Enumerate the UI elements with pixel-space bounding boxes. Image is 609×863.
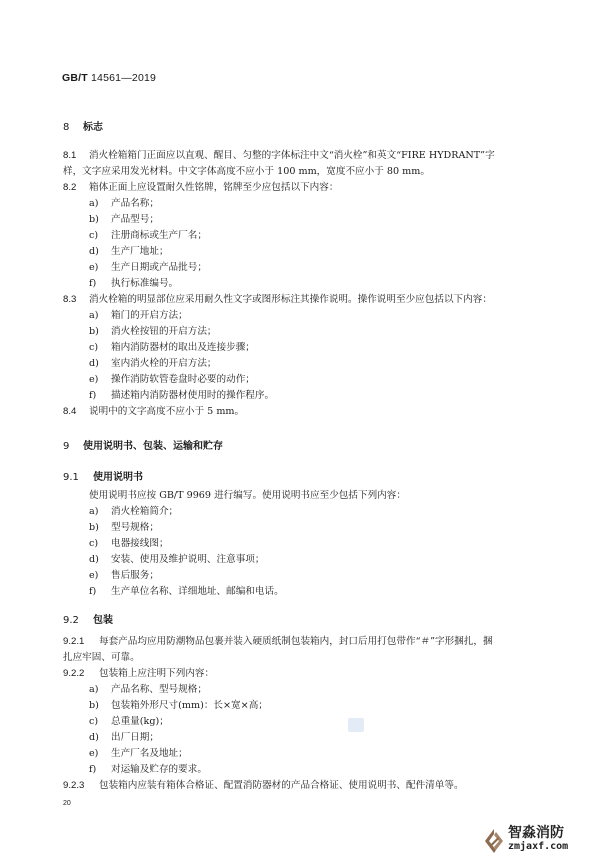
section-title: 使用说明书 <box>93 472 143 483</box>
list-item: d)室内消火栓的开启方法； <box>89 358 217 370</box>
list-item: a)箱门的开启方法； <box>89 310 188 322</box>
section-title: 使用说明书、包装、运输和贮存 <box>83 441 223 452</box>
list-item: b)型号规格； <box>89 522 159 534</box>
list-item: b)消火栓按钮的开启方法； <box>89 326 217 338</box>
list-item: d)安装、使用及维护说明、注意事项； <box>89 554 265 566</box>
brand-url: zmjaxf.com <box>508 841 568 852</box>
brand-mark-icon <box>483 828 505 854</box>
list-item: e)售后服务； <box>89 570 159 582</box>
list-item: c)电器接线图； <box>89 538 169 550</box>
section-9-1-heading: 9.1使用说明书 <box>63 468 143 483</box>
faint-watermark-badge <box>348 718 364 732</box>
page-number: 20 <box>63 800 71 807</box>
clause-9-2-2: 9.2.2包装箱上应注明下列内容： <box>63 668 214 680</box>
clause-9-2-1: 9.2.1每套产品均应用防潮物品包裹并装入硬质纸制包装箱内，封口后用打包带作“＃… <box>63 636 493 648</box>
list-item: e)操作消防软管卷盘时必要的动作； <box>89 374 255 386</box>
clause-8-1-cont: 样，文字应采用发光材料。中文字体高度不应小于 100 mm，宽度不应小于 80 … <box>63 166 430 178</box>
section-9-2-heading: 9.2包装 <box>63 611 113 626</box>
list-item: e)生产厂名及地址； <box>89 748 188 760</box>
list-item: f)对运输及贮存的要求。 <box>89 764 207 776</box>
standard-header: GB/T 14561—2019 <box>62 72 156 84</box>
clause-8-3: 8.3消火栓箱的明显部位应采用耐久性文字或图形标注其操作说明。操作说明至少应包括… <box>63 294 492 306</box>
brand-name: 智淼消防 <box>508 822 564 842</box>
standard-number: 14561—2019 <box>91 72 156 84</box>
list-item: c)注册商标或生产厂名； <box>89 230 207 242</box>
clause-8-2: 8.2箱体正面上应设置耐久性铭牌，铭牌至少应包括以下内容： <box>63 182 338 194</box>
brand-logo: 智淼消防 zmjaxf.com <box>483 822 593 856</box>
list-item: d)生产厂地址； <box>89 246 169 258</box>
list-item: a)产品名称； <box>89 198 159 210</box>
list-item: a)消火栓箱简介； <box>89 506 178 518</box>
list-item: b)产品型号； <box>89 214 159 226</box>
clause-8-4: 8.4说明中的文字高度不应小于 5 mm。 <box>63 406 244 418</box>
standard-prefix: GB/T <box>62 72 88 84</box>
list-item: d)出厂日期； <box>89 732 159 744</box>
list-item: b)包装箱外形尺寸(mm)：长×宽×高； <box>89 700 268 712</box>
list-item: f)执行标准编号。 <box>89 278 178 290</box>
section-9-heading: 9使用说明书、包装、运输和贮存 <box>63 437 223 452</box>
clause-9-2-1-cont: 扎应牢固、可靠。 <box>63 652 140 664</box>
clause-9-1-text: 使用说明书应按 GB/T 9969 进行编写。使用说明书应至少包括下列内容： <box>89 490 406 502</box>
clause-8-1: 8.1消火栓箱箱门正面应以直观、醒目、匀整的字体标注中文“消火栓”和英文“FIR… <box>63 150 495 162</box>
list-item: c)总重量(kg)； <box>89 716 169 728</box>
list-item: e)生产日期或产品批号； <box>89 262 207 274</box>
section-title: 标志 <box>83 122 103 133</box>
list-item: a)产品名称、型号规格； <box>89 684 207 696</box>
list-item: f)生产单位名称、详细地址、邮编和电话。 <box>89 586 284 598</box>
list-item: f)描述箱内消防器材使用时的操作程序。 <box>89 390 274 402</box>
section-8-heading: 8标志 <box>63 118 103 133</box>
list-item: c)箱内消防器材的取出及连接步骤； <box>89 342 255 354</box>
clause-9-2-3: 9.2.3包装箱内应装有箱体合格证、配置消防器材的产品合格证、使用说明书、配件清… <box>63 780 464 792</box>
section-title: 包装 <box>93 615 113 626</box>
